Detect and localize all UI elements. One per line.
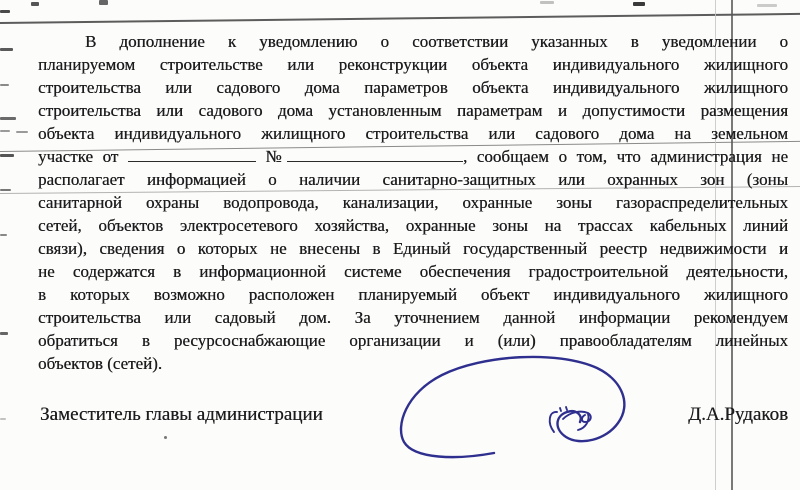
scan-dot (164, 436, 167, 439)
scan-margin-dash (0, 154, 14, 157)
signature-inner-ticks (560, 407, 567, 411)
paragraph-line: строительства или садового дома параметр… (38, 76, 788, 99)
scan-speck (540, 1, 554, 4)
scan-margin-dash (0, 332, 8, 335)
scan-horizontal-line-top (0, 12, 800, 23)
scan-margin-dash (16, 131, 28, 133)
paragraph-line: санитарной охраны водопровода, канализац… (38, 191, 788, 214)
scan-speck (633, 2, 645, 6)
paragraph-line: в которых возможно расположен планируемы… (38, 283, 788, 306)
signer-position-title: Заместитель главы администрации (40, 404, 323, 426)
scan-speck (757, 4, 777, 7)
scan-margin-dash (0, 418, 6, 420)
paragraph-line: планируемом строительстве или реконструк… (38, 53, 788, 76)
line6-prefix: участке от (38, 147, 118, 166)
paragraph-line: связи), сведения о которых не внесены в … (38, 237, 788, 260)
paragraph-line: строительства или садового дома установл… (38, 99, 788, 122)
paragraph-line: строительства или садовый дом. За уточне… (38, 306, 788, 329)
signature-inner-arc (550, 412, 557, 432)
paragraph-line: обратиться в ресурсоснабжающие организац… (38, 329, 788, 352)
scan-margin-dash (0, 117, 16, 120)
paragraph-line: сетей, объектов электросетевого хозяйств… (38, 214, 788, 237)
paragraph-line: объекта индивидуального жилищного строит… (38, 122, 788, 145)
paragraph-line: В дополнение к уведомлению о соответстви… (38, 30, 788, 53)
body-paragraph: В дополнение к уведомлению о соответстви… (38, 30, 788, 375)
line6-suffix: , сообщаем о том, что администрация не (463, 147, 788, 166)
paragraph-line: располагает информацией о наличии санита… (38, 168, 788, 191)
scan-margin-dash (0, 189, 11, 191)
numero-sign: № (265, 147, 287, 166)
scan-margin-dash (0, 130, 10, 132)
blank-underline-date (128, 148, 256, 162)
blank-underline-number (287, 148, 463, 162)
paragraph-line-with-blanks: участке от №, сообщаем о том, что админи… (38, 145, 788, 168)
scan-margin-dash (0, 10, 10, 13)
handwritten-signature (392, 352, 660, 464)
signature-main-loop (401, 357, 624, 457)
scan-speck (99, 0, 108, 5)
scan-margin-dash (0, 48, 13, 51)
scan-margin-dash (0, 234, 7, 236)
scan-margin-dash (0, 84, 9, 86)
signature-inner-t-squiggle (563, 412, 591, 430)
paragraph-line: не содержатся в информационной системе о… (38, 260, 788, 283)
scan-speck (31, 2, 39, 6)
signer-name: Д.А.Рудаков (688, 404, 788, 426)
scanned-document-page: В дополнение к уведомлению о соответстви… (0, 0, 800, 490)
